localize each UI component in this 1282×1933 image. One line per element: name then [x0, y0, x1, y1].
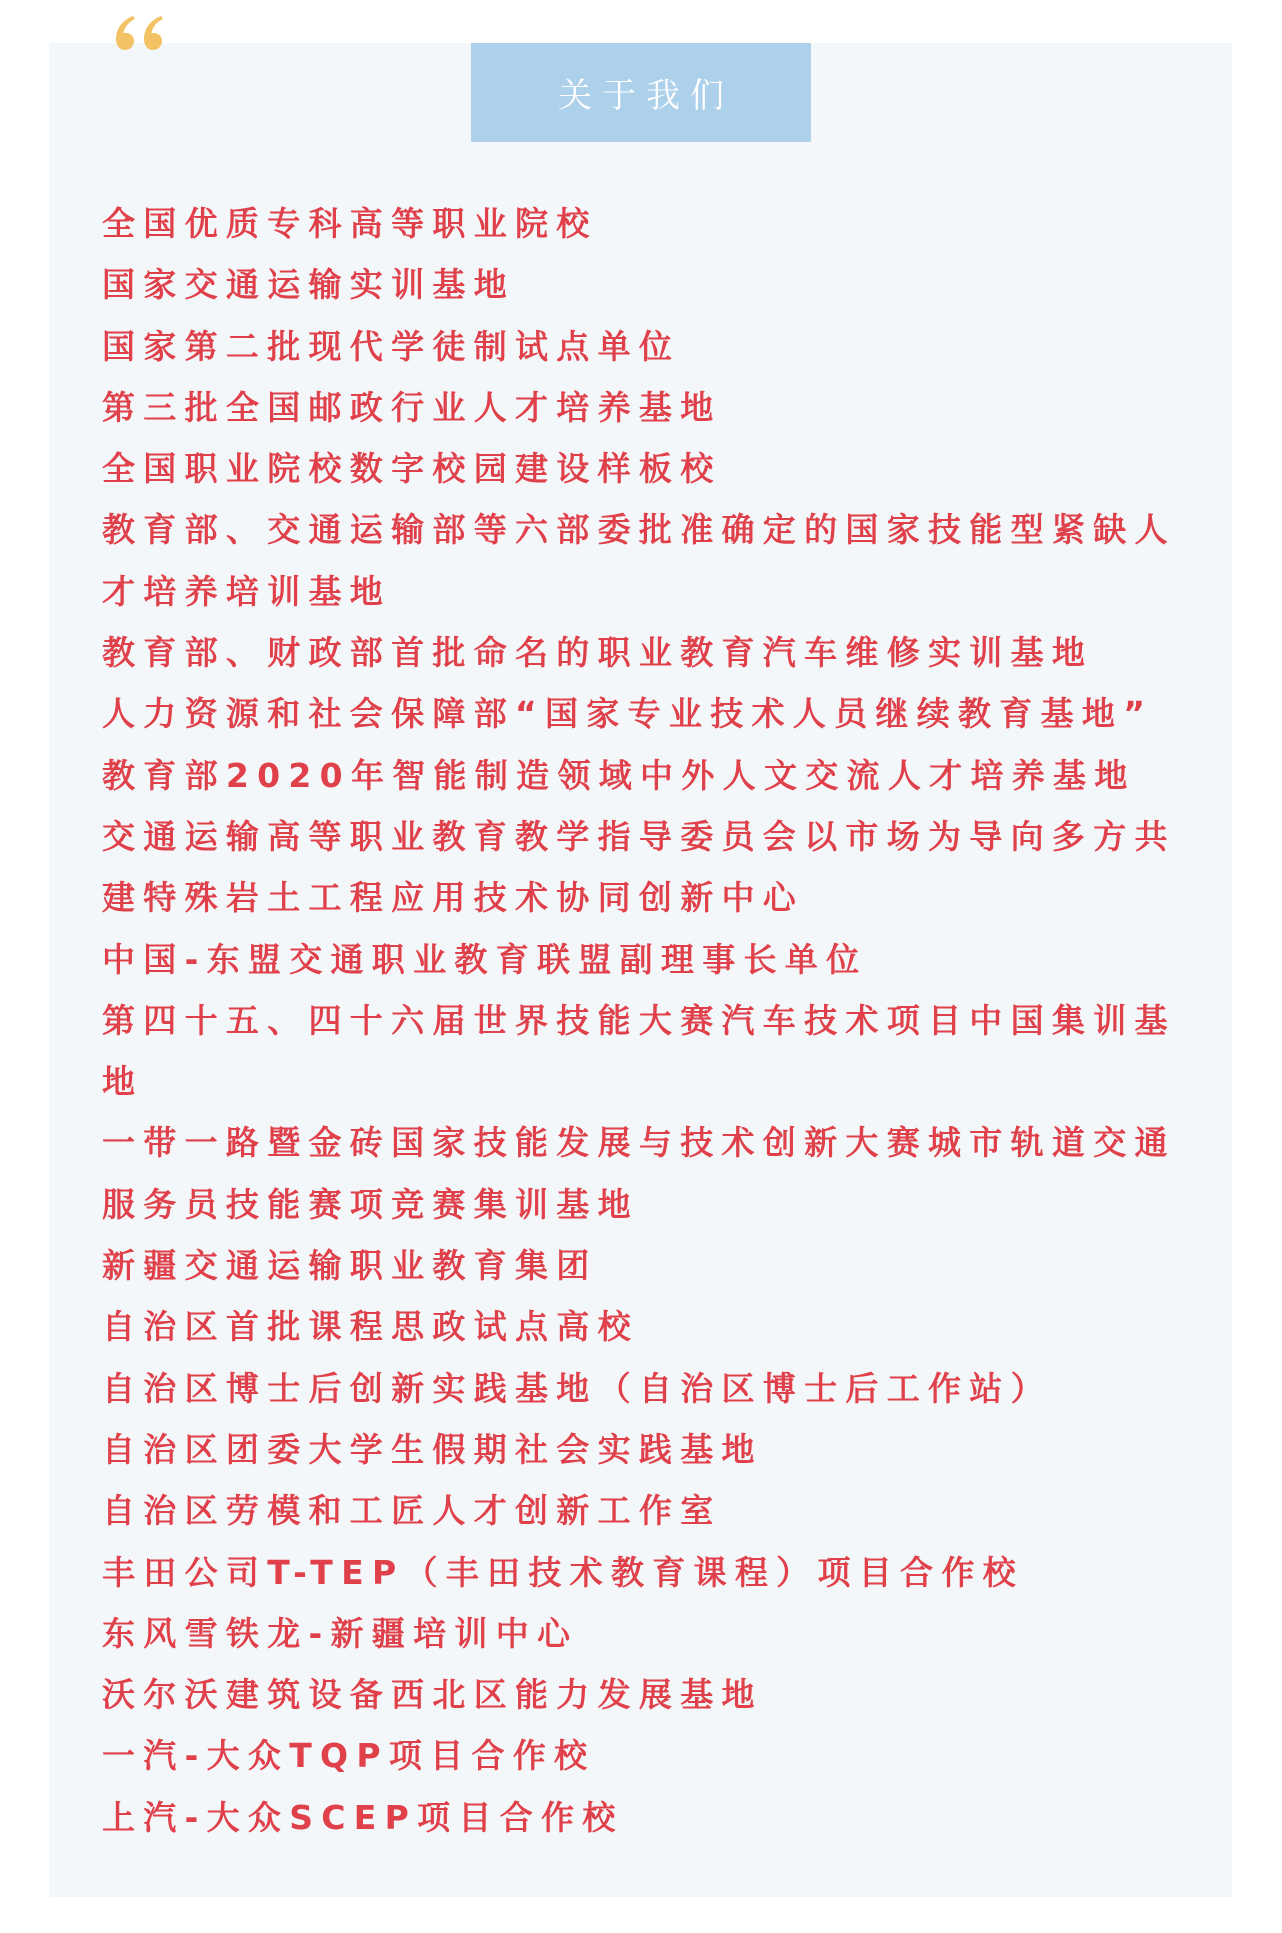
- honor-item: 第四十五、四十六届世界技能大赛汽车技术项目中国集训基: [102, 990, 1212, 1051]
- honor-item: 全国优质专科高等职业院校: [102, 193, 1212, 254]
- honor-item-continuation: 建特殊岩土工程应用技术协同创新中心: [102, 867, 1212, 928]
- honor-item: 自治区首批课程思政试点高校: [102, 1296, 1212, 1357]
- honor-item: 国家第二批现代学徒制试点单位: [102, 316, 1212, 377]
- honor-item-continuation: 才培养培训基地: [102, 561, 1212, 622]
- section-title-banner: 关于我们: [471, 43, 811, 142]
- honor-item: 自治区团委大学生假期社会实践基地: [102, 1419, 1212, 1480]
- honor-item: 中国-东盟交通职业教育联盟副理事长单位: [102, 929, 1212, 990]
- honor-item: 人力资源和社会保障部“国家专业技术人员继续教育基地”: [102, 683, 1212, 744]
- honors-list: 全国优质专科高等职业院校国家交通运输实训基地国家第二批现代学徒制试点单位第三批全…: [102, 193, 1212, 1848]
- honor-item: 教育部2020年智能制造领域中外人文交流人才培养基地: [102, 745, 1212, 806]
- honor-item: 全国职业院校数字校园建设样板校: [102, 438, 1212, 499]
- honor-item: 东风雪铁龙-新疆培训中心: [102, 1603, 1212, 1664]
- honor-item: 一汽-大众TQP项目合作校: [102, 1725, 1212, 1786]
- honor-item: 自治区劳模和工匠人才创新工作室: [102, 1480, 1212, 1541]
- honor-item: 新疆交通运输职业教育集团: [102, 1235, 1212, 1296]
- section-title: 关于我们: [548, 68, 734, 117]
- honor-item: 沃尔沃建筑设备西北区能力发展基地: [102, 1664, 1212, 1725]
- honor-item: 自治区博士后创新实践基地（自治区博士后工作站）: [102, 1358, 1212, 1419]
- honor-item: 丰田公司T-TEP（丰田技术教育课程）项目合作校: [102, 1542, 1212, 1603]
- honor-item-continuation: 服务员技能赛项竞赛集训基地: [102, 1174, 1212, 1235]
- honor-item: 教育部、财政部首批命名的职业教育汽车维修实训基地: [102, 622, 1212, 683]
- open-double-quote-icon: [113, 14, 169, 52]
- honor-item: 第三批全国邮政行业人才培养基地: [102, 377, 1212, 438]
- honor-item-continuation: 地: [102, 1051, 1212, 1112]
- honor-item: 交通运输高等职业教育教学指导委员会以市场为导向多方共: [102, 806, 1212, 867]
- honor-item: 一带一路暨金砖国家技能发展与技术创新大赛城市轨道交通: [102, 1112, 1212, 1173]
- honor-item: 国家交通运输实训基地: [102, 254, 1212, 315]
- honor-item: 教育部、交通运输部等六部委批准确定的国家技能型紧缺人: [102, 499, 1212, 560]
- honor-item: 上汽-大众SCEP项目合作校: [102, 1787, 1212, 1848]
